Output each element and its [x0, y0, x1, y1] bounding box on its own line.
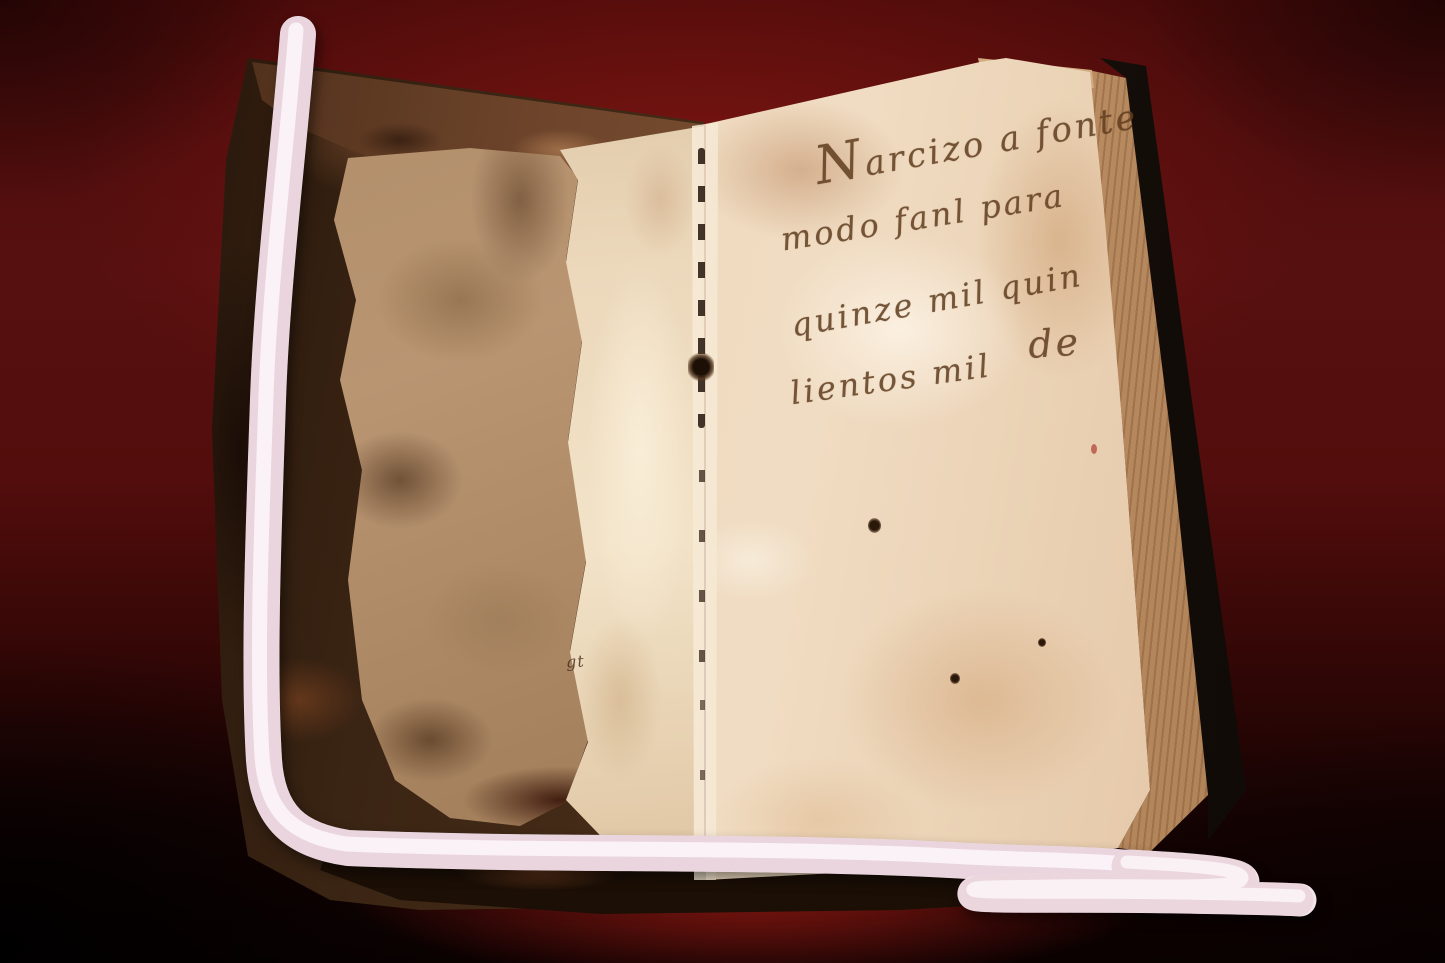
- cord-main-braid-texture: [261, 34, 1128, 868]
- cord-main-highlight: [259, 30, 1126, 864]
- white-braided-cord: [0, 0, 1445, 963]
- cord-main-segment: [261, 34, 1128, 868]
- photo-antique-book-on-velvet: Narcizo a fonte modo fanl para quinze mi…: [0, 0, 1445, 963]
